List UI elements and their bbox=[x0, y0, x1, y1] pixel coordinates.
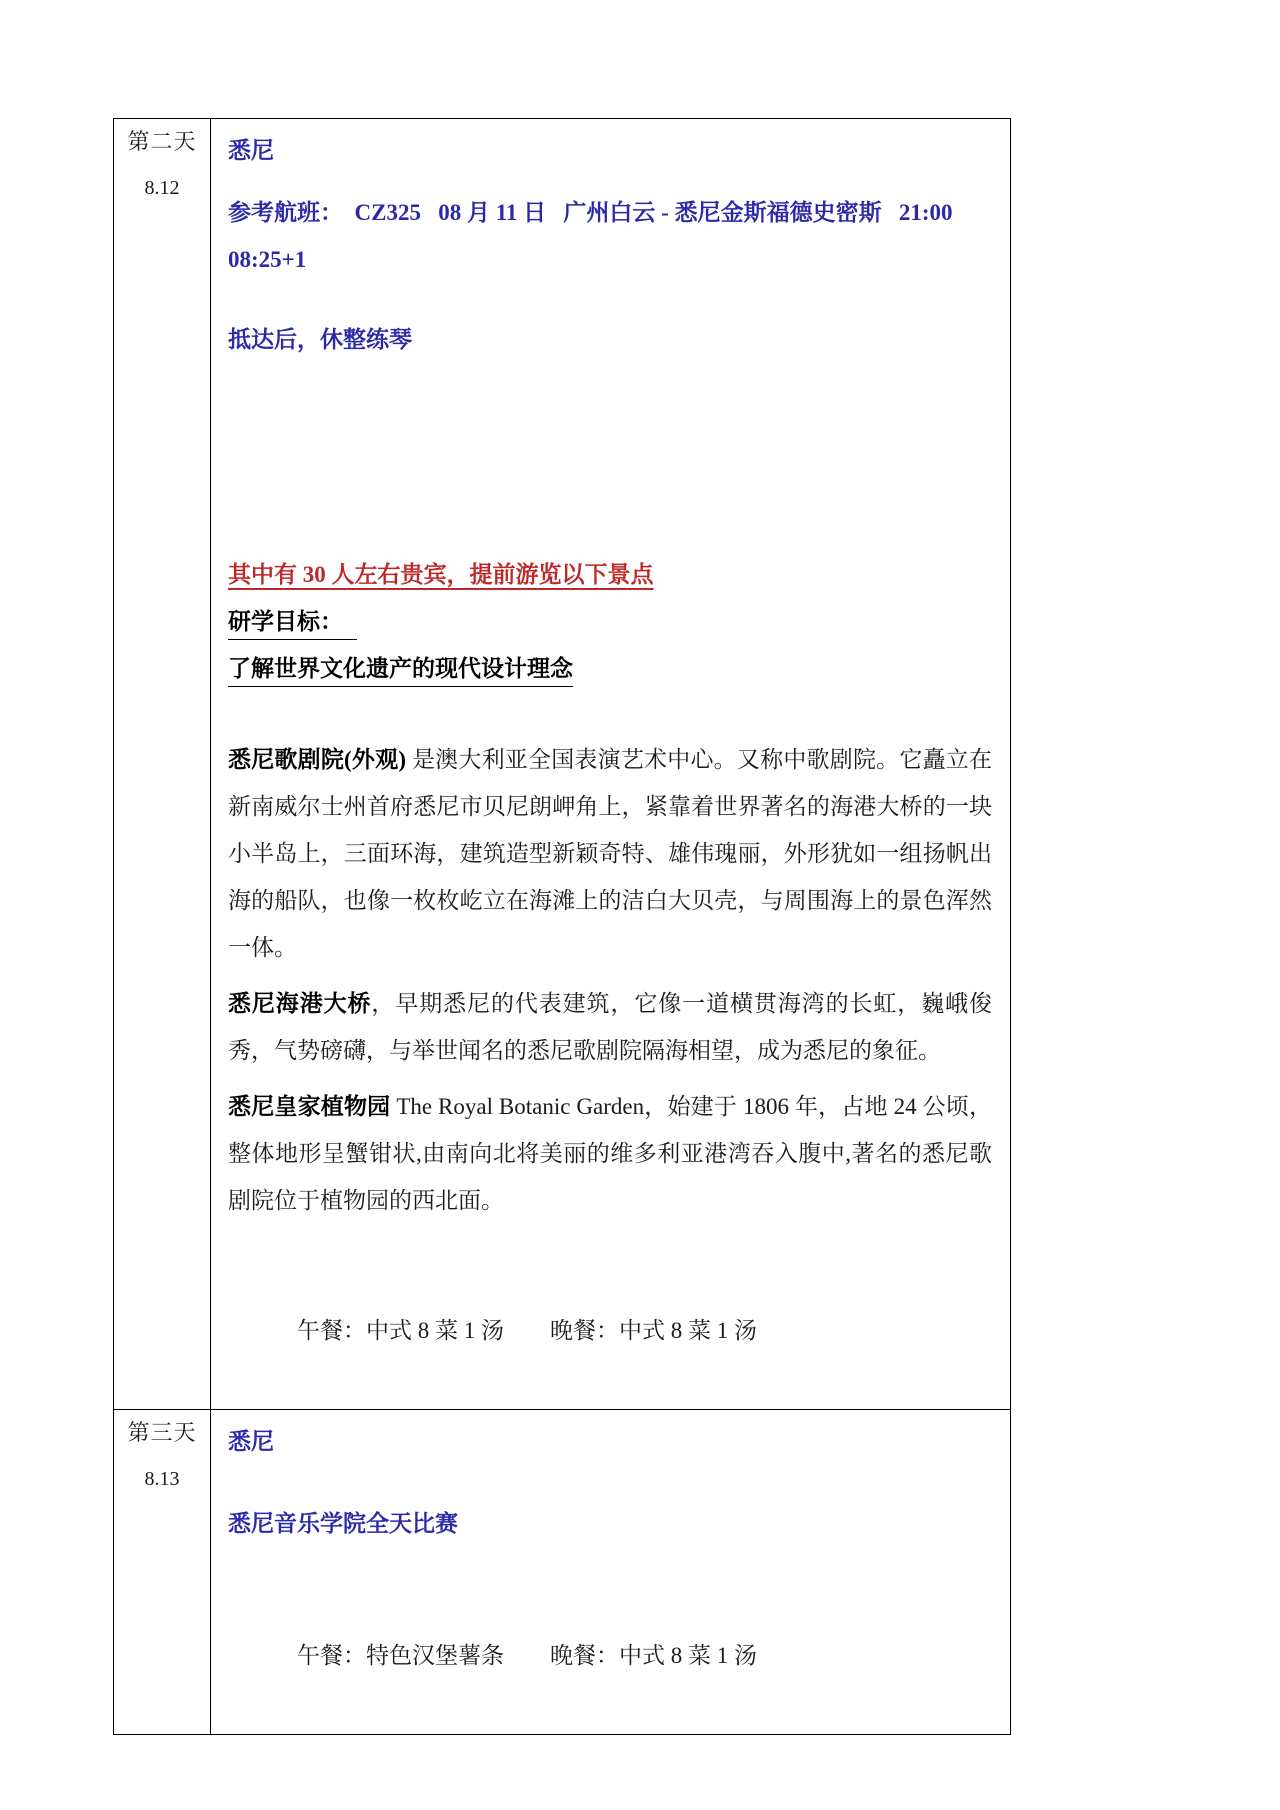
harbour-bridge-title: 悉尼海港大桥 bbox=[228, 991, 371, 1016]
botanic-garden-title: 悉尼皇家植物园 bbox=[228, 1094, 390, 1119]
day2-lunch: 午餐：中式 8 菜 1 汤 bbox=[297, 1318, 504, 1343]
opera-house-text: 是澳大利亚全国表演艺术中心。又称中歌剧院。它矗立在新南威尔士州首府悉尼市贝尼朗岬… bbox=[228, 747, 992, 960]
document-page: 第二天 8.12 悉尼 参考航班： CZ325 08 月 11 日 广州白云 -… bbox=[0, 0, 1280, 1810]
study-goal-text: 了解世界文化遗产的现代设计理念 bbox=[228, 652, 573, 687]
botanic-garden-paragraph: 悉尼皇家植物园 The Royal Botanic Garden，始建于 180… bbox=[228, 1083, 992, 1224]
day2-name: 第二天 bbox=[114, 119, 210, 165]
day2-arrival-note: 抵达后，休整练琴 bbox=[228, 316, 992, 363]
day3-content-cell: 悉尼 悉尼音乐学院全天比赛 午餐：特色汉堡薯条晚餐：中式 8 菜 1 汤 bbox=[211, 1410, 1011, 1735]
study-goal-label: 研学目标： bbox=[228, 605, 357, 640]
day3-date: 8.13 bbox=[114, 1456, 210, 1502]
day2-study-goal-label-line: 研学目标： bbox=[228, 598, 992, 645]
day3-name: 第三天 bbox=[114, 1410, 210, 1456]
day3-label-cell: 第三天 8.13 bbox=[114, 1410, 211, 1735]
day2-vip-note: 其中有 30 人左右贵宾，提前游览以下景点 bbox=[228, 551, 992, 598]
day2-meals-line: 午餐：中式 8 菜 1 汤晚餐：中式 8 菜 1 汤 bbox=[228, 1260, 992, 1401]
opera-house-paragraph: 悉尼歌剧院(外观) 是澳大利亚全国表演艺术中心。又称中歌剧院。它矗立在新南威尔士… bbox=[228, 736, 992, 971]
opera-house-title: 悉尼歌剧院(外观) bbox=[228, 747, 406, 772]
day3-city-heading: 悉尼 bbox=[228, 1418, 992, 1465]
day2-study-goal-line: 了解世界文化遗产的现代设计理念 bbox=[228, 645, 992, 692]
day2-content-cell: 悉尼 参考航班： CZ325 08 月 11 日 广州白云 - 悉尼金斯福德史密… bbox=[211, 119, 1011, 1410]
vip-note-text: 其中有 30 人左右贵宾，提前游览以下景点 bbox=[228, 562, 654, 587]
day2-date: 8.12 bbox=[114, 165, 210, 211]
day3-activity: 悉尼音乐学院全天比赛 bbox=[228, 1500, 992, 1547]
table-row-day2: 第二天 8.12 悉尼 参考航班： CZ325 08 月 11 日 广州白云 -… bbox=[114, 119, 1011, 1410]
itinerary-table: 第二天 8.12 悉尼 参考航班： CZ325 08 月 11 日 广州白云 -… bbox=[113, 118, 1011, 1735]
day3-meals-line: 午餐：特色汉堡薯条晚餐：中式 8 菜 1 汤 bbox=[228, 1585, 992, 1726]
day2-label-cell: 第二天 8.12 bbox=[114, 119, 211, 1410]
day2-city-heading: 悉尼 bbox=[228, 127, 992, 174]
day2-dinner: 晚餐：中式 8 菜 1 汤 bbox=[550, 1318, 757, 1343]
day3-lunch: 午餐：特色汉堡薯条 bbox=[297, 1643, 504, 1668]
day3-dinner: 晚餐：中式 8 菜 1 汤 bbox=[550, 1643, 757, 1668]
table-row-day3: 第三天 8.13 悉尼 悉尼音乐学院全天比赛 午餐：特色汉堡薯条晚餐：中式 8 … bbox=[114, 1410, 1011, 1735]
day2-flight-info: 参考航班： CZ325 08 月 11 日 广州白云 - 悉尼金斯福德史密斯 2… bbox=[228, 189, 992, 283]
harbour-bridge-paragraph: 悉尼海港大桥，早期悉尼的代表建筑，它像一道横贯海湾的长虹，巍峨俊秀，气势磅礴，与… bbox=[228, 980, 992, 1074]
